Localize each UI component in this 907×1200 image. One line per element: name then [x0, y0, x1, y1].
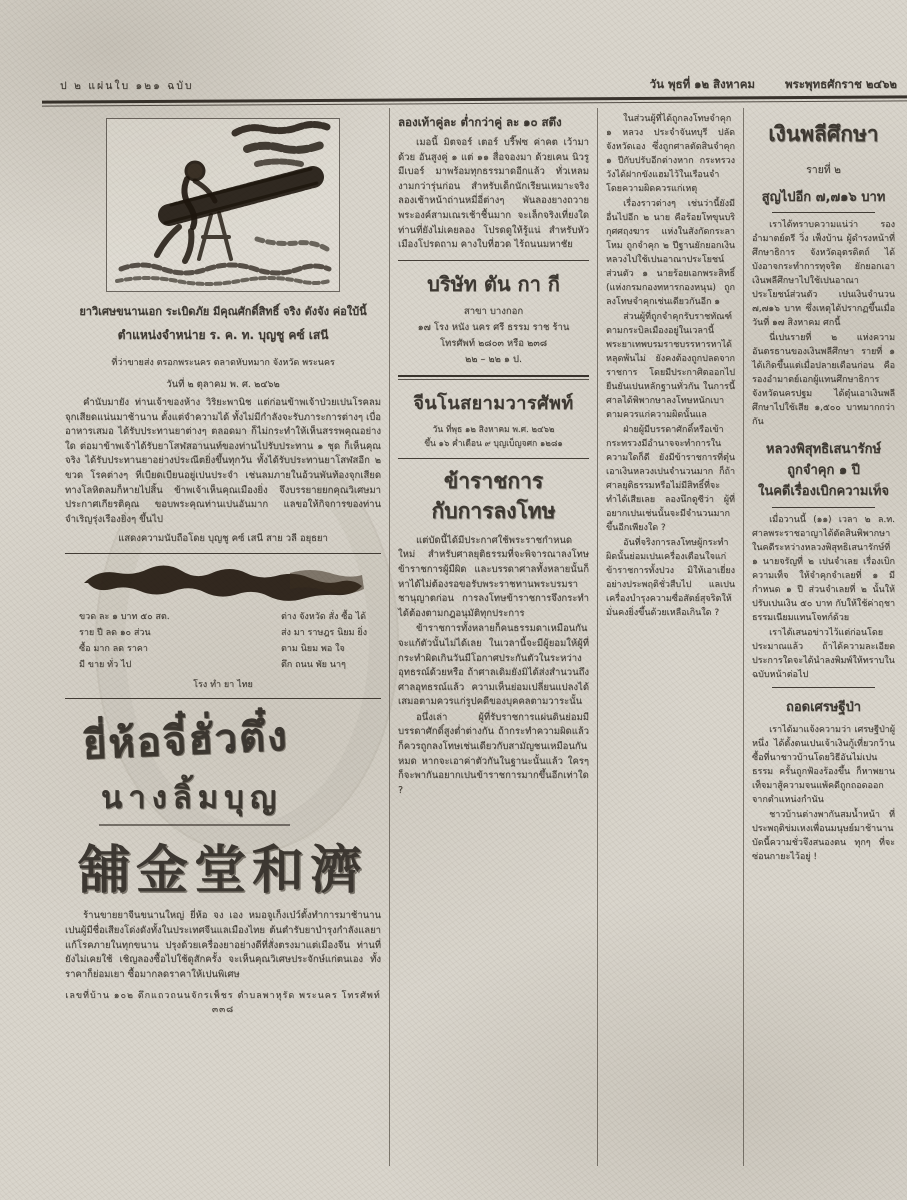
text-line: ซื้อ มาก ลด ราคา — [79, 641, 170, 657]
text-line: ส่ง มา ราษฎร นิยม ยิ่ง — [281, 625, 367, 641]
text-line: หลวงพิสุทธิเสนารักษ์ — [752, 439, 895, 460]
text-line: ข้าราชการทั้งหลายก็คนธรรมดาเหมือนกันจะแก… — [398, 622, 589, 710]
column-1: ยาวิเศษขนานเอก ระเบิดภัย มีคุณศักดิ์สิทธ… — [57, 108, 389, 1166]
news-body-3: เราได้มาแจ้งความว่า เศรษฐีป่าผู้หนึ่ง ได… — [752, 723, 895, 864]
col1-divider-1 — [65, 553, 381, 554]
company-ad: บริษัท ตัน กา กี สาขา บางกอก๑๗ โรง หนัง … — [398, 268, 589, 368]
text-line: เราได้ทราบความแน่ว่า รองอำมาตย์ตรี วิ่ง … — [752, 218, 895, 330]
news-body-1: เราได้ทราบความแน่ว่า รองอำมาตย์ตรี วิ่ง … — [752, 218, 895, 429]
headline-line-2: กับการลงโทษ — [398, 496, 589, 526]
col2-divider-3 — [398, 458, 589, 459]
text-line: ตึก ถนน พัย นาๆ — [281, 657, 367, 673]
testimonial-signature: แสดงความนับถือโดย บุญชู คซ์ เสนี สาย วลี… — [65, 531, 381, 546]
mid-ad-right-list: ต่าง จังหวัด สั่ง ซื้อ ได้ส่ง มา ราษฎร น… — [281, 609, 367, 673]
testimonial-text: คำนับมายัง ท่านเจ้าของห้าง วิริยะพานิช แ… — [65, 396, 381, 527]
headline-line-1: ข้าราชการ — [398, 466, 589, 496]
text-line: อนึ่งเล่า ผู้ที่รับราชการแผ่นดินย่อมมีบร… — [398, 711, 589, 799]
text-line: แต่บัดนี้ได้มีประกาศใช้พระราชกำหนดใหม่ ส… — [398, 534, 589, 622]
text-line: ในส่วนผู้ที่ได้ถูกลงโทษจำคุก ๑ หลวง ประจ… — [606, 112, 735, 196]
col1-divider-2 — [65, 698, 381, 699]
shoe-ad-title: ลองเท้าคู่ละ ต่ำกว่าคู่ ละ ๑๐ สตึง — [398, 114, 589, 132]
text-line: โทรศัพท์ ๒๘๐๓ หรือ ๒๓๘ — [398, 336, 589, 352]
text-line: สาขา บางกอก — [398, 304, 589, 320]
mid-ad: ขวด ละ ๑ บาท ๕๐ สต.ราย ปี ลด ๑๐ ส่วนซื้อ… — [65, 561, 381, 691]
news-subhead-1: รายที่ ๒ — [752, 161, 895, 178]
col2-divider-2 — [398, 375, 589, 380]
news-subhead-2: สูญไปอีก ๗,๗๑๖ บาท — [752, 186, 895, 207]
text-line: เมื่อวานนี้ (๑๑) เวลา ๒ ล.ท. ศาลพระราชอา… — [752, 513, 895, 625]
text-line: ส่วนผู้ที่ถูกจำคุกรับราชทัณฑ์ตามกระบิลเม… — [606, 310, 735, 422]
text-line: เรื่องราวต่างๆ เช่นว่านี้ยังมีอื่นไปอีก … — [606, 197, 735, 309]
page-date: วัน พุธที่ ๑๒ สิงหาคม พระพุทธศักราช ๒๔๖๒ — [624, 76, 897, 94]
col2-divider-1 — [398, 260, 589, 261]
col4-divider-3 — [772, 687, 875, 688]
masthead-date-2: ขึ้น ๑๖ ค่ำเดือน ๙ บุญเบ็ญจศก ๑๒๘๑ — [398, 437, 589, 451]
column-3: ในส่วนผู้ที่ได้ถูกลงโทษจำคุก ๑ หลวง ประจ… — [597, 108, 743, 1166]
newspaper-page: ป ๒ แผ่นใบ ๑๒๑ ฉบับ วัน พุธที่ ๑๒ สิงหาค… — [0, 0, 907, 1200]
header-divider — [42, 95, 907, 106]
text-line: ราย ปี ลด ๑๐ ส่วน — [79, 625, 170, 641]
page-header: ป ๒ แผ่นใบ ๑๒๑ ฉบับ วัน พุธที่ ๑๒ สิงหาค… — [60, 76, 897, 94]
date-text: วัน พุธที่ ๑๒ สิงหาคม — [650, 77, 755, 91]
text-line: ต่าง จังหวัด สั่ง ซื้อ ได้ — [281, 609, 367, 625]
text-line: อันที่จริงการลงโทษผู้กระทำผิดนั้นย่อมเปน… — [606, 536, 735, 620]
news-headline-3: ถอดเศรษฐีป่า — [752, 696, 895, 717]
big-ad-body: ร้านขายยาจีนขนานใหญ่ ยี่ห้อ จง เอง หมอจู… — [65, 909, 381, 982]
article-body-col3: ในส่วนผู้ที่ได้ถูกลงโทษจำคุก ๑ หลวง ประจ… — [606, 112, 735, 620]
illustration-caption-3: ที่ว่าขายส่ง ตรอกพระนคร ตลาดหับหมาก จังห… — [65, 355, 381, 369]
big-ad-owner-name: นางลิ้มบุญ — [99, 772, 290, 826]
era-text: พระพุทธศักราช ๒๔๖๒ — [785, 77, 897, 91]
mid-ad-left-list: ขวด ละ ๑ บาท ๕๐ สต.ราย ปี ลด ๑๐ ส่วนซื้อ… — [79, 609, 170, 673]
masthead: จีนโนสยามวารศัพท์ วัน ที่พุธ ๑๒ สิงหาคม … — [398, 388, 589, 451]
column-4: เงินพลีศึกษา รายที่ ๒ สูญไปอีก ๗,๗๑๖ บาท… — [743, 108, 903, 1166]
big-ad-brand-thai: ยี่ห้อจี๋ฮั่วตึ๋ง — [82, 700, 383, 777]
mid-ad-lists: ขวด ละ ๑ บาท ๕๐ สต.ราย ปี ลด ๑๐ ส่วนซื้อ… — [65, 609, 381, 673]
column-2: ลองเท้าคู่ละ ต่ำกว่าคู่ ละ ๑๐ สตึง เมอนี… — [389, 108, 597, 1166]
big-ad-chinese-name: 舖金堂和濟 — [65, 828, 381, 903]
testimonial-paragraph: คำนับมายัง ท่านเจ้าของห้าง วิริยะพานิช แ… — [65, 396, 381, 527]
text-line: มี ขาย ทั่ว ไป — [79, 657, 170, 673]
big-ad-text: ร้านขายยาจีนขนานใหญ่ ยี่ห้อ จง เอง หมอจู… — [65, 909, 381, 982]
text-line: เราได้มาแจ้งความว่า เศรษฐีป่าผู้หนึ่ง ได… — [752, 723, 895, 807]
article-headline: ข้าราชการ กับการลงโทษ — [398, 466, 589, 526]
text-line: ในคดีเรื่องเบิกความเท็จ — [752, 481, 895, 502]
text-line: ขวด ละ ๑ บาท ๕๐ สต. — [79, 609, 170, 625]
shoe-ad-body: เมอนี้ มิตจอร์ เตอร์ บรี๊ฟซ ค่าคต เว้ามา… — [398, 136, 589, 253]
col4-divider-1 — [772, 212, 875, 213]
text-line: นี่เปนรายที่ ๒ แห่งความอันตรธานของเงินพล… — [752, 331, 895, 429]
inked-brand-smudge — [80, 561, 366, 601]
illustration-caption-2: ตำแหน่งจำหน่าย ร. ค. ท. บุญชู คซ์ เสนี — [65, 326, 381, 345]
news-headline-2: หลวงพิสุทธิเสนารักษ์ถูกจำคุก ๑ ปีในคดีเร… — [752, 439, 895, 502]
text-line: ๑๗ โรง หนัง นคร ศรี ธรรม ราช ร้าน — [398, 320, 589, 336]
smudge-svg — [80, 561, 366, 601]
text-line: ชาวบ้านต่างพากันสมน้ำหน้า ที่ประพฤติข่มเ… — [752, 808, 895, 864]
big-ad-address: เลขที่บ้าน ๑๐๒ ตึกแถวถนนจักรเพ็ชร ตำบลพา… — [65, 988, 381, 1016]
company-name: บริษัท ตัน กา กี — [398, 268, 589, 300]
company-lines: สาขา บางกอก๑๗ โรง หนัง นคร ศรี ธรรม ราช … — [398, 304, 589, 368]
shoe-ad: ลองเท้าคู่ละ ต่ำกว่าคู่ ละ ๑๐ สตึง เมอนี… — [398, 114, 589, 253]
text-line: ๒๒ – ๒๒ ๑ ป. — [398, 352, 589, 368]
masthead-date-1: วัน ที่พุธ ๑๒ สิงหาคม พ.ศ. ๒๔๖๒ — [398, 423, 589, 437]
illustration-caption-1: ยาวิเศษขนานเอก ระเบิดภัย มีคุณศักดิ์สิทธ… — [65, 302, 381, 320]
columns: ยาวิเศษขนานเอก ระเบิดภัย มีคุณศักดิ์สิทธ… — [57, 108, 903, 1166]
news-headline-1: เงินพลีศึกษา — [752, 118, 895, 151]
article-body-col2: แต่บัดนี้ได้มีประกาศใช้พระราชกำหนดใหม่ ส… — [398, 534, 589, 799]
text-line: ตาม นิยม พอ ใจ — [281, 641, 367, 657]
testimonial-dateline: วันที่ ๒ ตุลาคม พ. ศ. ๒๔๖๒ — [65, 377, 381, 392]
text-line: เราได้เสนอข่าวไว้แต่ก่อนโดยประมาณแล้ว ถ้… — [752, 626, 895, 682]
engraving-svg — [107, 119, 337, 291]
col4-divider-2 — [772, 507, 875, 508]
text-line: ฝ่ายผู้มีบรรดาศักดิ์หรือเข้ากระทรวงมีอำน… — [606, 423, 735, 535]
shoe-ad-text: เมอนี้ มิตจอร์ เตอร์ บรี๊ฟซ ค่าคต เว้ามา… — [398, 136, 589, 253]
text-line: ถูกจำคุก ๑ ปี — [752, 460, 895, 481]
big-ad: ยี่ห้อจี๋ฮั่วตึ๋ง นางลิ้มบุญ 舖金堂和濟 ร้านข… — [65, 706, 381, 1016]
issue-info: ป ๒ แผ่นใบ ๑๒๑ ฉบับ — [60, 77, 194, 94]
news-body-2: เมื่อวานนี้ (๑๑) เวลา ๒ ล.ท. ศาลพระราชอา… — [752, 513, 895, 682]
machine-gun-illustration — [106, 118, 340, 292]
masthead-title: จีนโนสยามวารศัพท์ — [398, 388, 589, 417]
mid-ad-footer: โรง ทำ ยา ไทย — [65, 677, 381, 691]
